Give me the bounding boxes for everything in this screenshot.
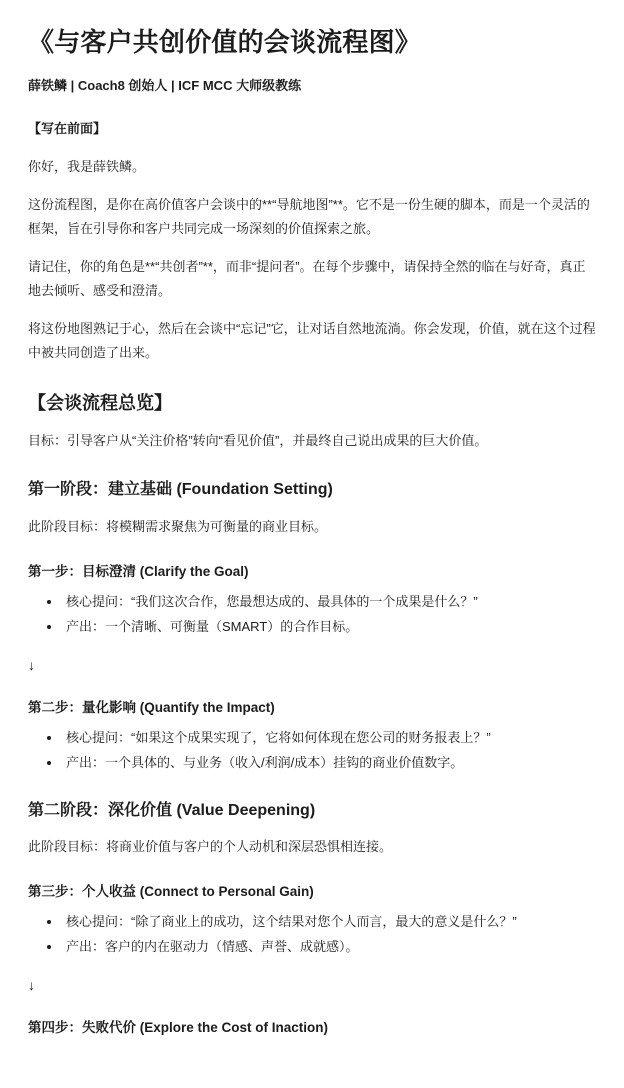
flow-arrow-down-icon: ↓ [28,976,596,996]
step1-bullet-output: 产出：一个清晰、可衡量（SMART）的合作目标。 [62,617,596,638]
document-page: 《与客户共创价值的会谈流程图》 薛铁鳞 | Coach8 创始人 | ICF M… [0,0,624,1088]
step3-heading: 第三步：个人收益 (Connect to Personal Gain) [28,883,596,902]
phase1-heading: 第一阶段：建立基础 (Foundation Setting) [28,479,596,501]
overview-heading: 【会谈流程总览】 [28,391,596,415]
step1-heading: 第一步：目标澄清 (Clarify the Goal) [28,563,596,582]
step3-bullet-core-question: 核心提问：“除了商业上的成功，这个结果对您个人而言，最大的意义是什么？” [62,912,596,933]
overview-goal: 目标：引导客户从“关注价格”转向“看见价值”，并最终自己说出成果的巨大价值。 [28,429,596,453]
preface-paragraph-4: 将这份地图熟记于心，然后在会谈中“忘记”它，让对话自然地流淌。你会发现，价值，就… [28,317,596,365]
preface-paragraph-1: 你好，我是薛铁鳞。 [28,155,596,179]
author-byline: 薛铁鳞 | Coach8 创始人 | ICF MCC 大师级教练 [28,76,596,96]
page-title: 《与客户共创价值的会谈流程图》 [28,26,596,60]
step1-bullet-core-question: 核心提问：“我们这次合作，您最想达成的、最具体的一个成果是什么？” [62,592,596,613]
preface-heading: 【写在前面】 [28,119,596,139]
step2-bullet-core-question: 核心提问：“如果这个成果实现了，它将如何体现在您公司的财务报表上？” [62,728,596,749]
preface-paragraph-3: 请记住，你的角色是**“共创者”**，而非“提问者”。在每个步骤中，请保持全然的… [28,255,596,303]
step1-bullets: 核心提问：“我们这次合作，您最想达成的、最具体的一个成果是什么？” 产出：一个清… [28,592,596,638]
preface-paragraph-2: 这份流程图，是你在高价值客户会谈中的**“导航地图”**。它不是一份生硬的脚本，… [28,193,596,241]
phase2-goal: 此阶段目标：将商业价值与客户的个人动机和深层恐惧相连接。 [28,835,596,859]
step2-heading: 第二步：量化影响 (Quantify the Impact) [28,699,596,718]
step2-bullets: 核心提问：“如果这个成果实现了，它将如何体现在您公司的财务报表上？” 产出：一个… [28,728,596,774]
step3-bullets: 核心提问：“除了商业上的成功，这个结果对您个人而言，最大的意义是什么？” 产出：… [28,912,596,958]
step3-bullet-output: 产出：客户的内在驱动力（情感、声誉、成就感）。 [62,937,596,958]
step4-heading: 第四步：失败代价 (Explore the Cost of Inaction) [28,1019,596,1038]
step2-bullet-output: 产出：一个具体的、与业务（收入/利润/成本）挂钩的商业价值数字。 [62,753,596,774]
phase2-heading: 第二阶段：深化价值 (Value Deepening) [28,800,596,822]
phase1-goal: 此阶段目标：将模糊需求聚焦为可衡量的商业目标。 [28,515,596,539]
flow-arrow-down-icon: ↓ [28,656,596,676]
